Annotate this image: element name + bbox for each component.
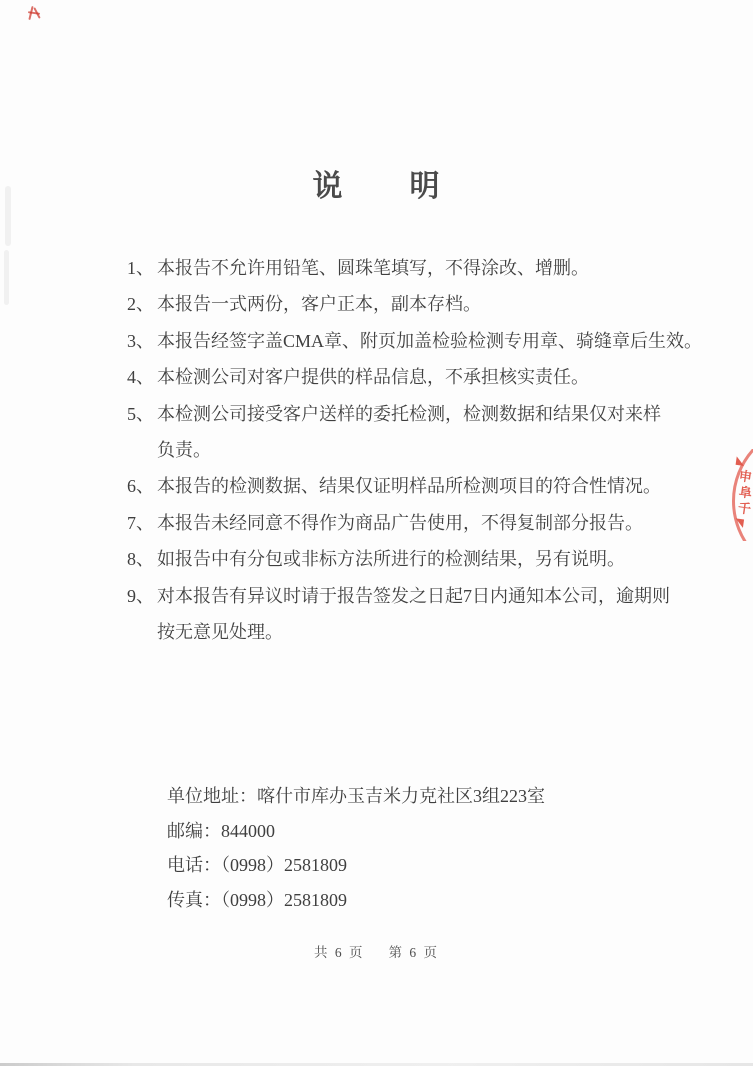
- page-title: 说 明: [0, 161, 753, 205]
- item-number: 6、: [127, 468, 157, 504]
- item-number: 1、: [127, 250, 157, 286]
- item-line: 3、本报告经签字盖CMA章、附页加盖检验检测专用章、骑缝章后生效。: [127, 323, 702, 359]
- item-line: 8、如报告中有分包或非标方法所进行的检测结果，另有说明。: [127, 541, 702, 577]
- page-title-char: 说: [313, 161, 344, 205]
- item-text: 本报告不允许用铅笔、圆珠笔填写，不得涂改、增删。: [157, 258, 589, 278]
- list-item: 7、本报告未经同意不得作为商品广告使用，不得复制部分报告。: [127, 505, 702, 541]
- item-number: 7、: [127, 505, 157, 541]
- list-item: 9、对本报告有异议时请于报告签发之日起7日内通知本公司，逾期则 按无意见处理。: [127, 578, 702, 651]
- seam-seal-stamp: ◣ 申 阜 千 ◥: [724, 449, 753, 541]
- item-text: 本报告经签字盖CMA章、附页加盖检验检测专用章、骑缝章后生效。: [157, 331, 702, 351]
- page-footer: 共 6 页 第 6 页: [0, 941, 753, 961]
- item-line: 1、本报告不允许用铅笔、圆珠笔填写，不得涂改、增删。: [127, 250, 702, 286]
- item-text: 如报告中有分包或非标方法所进行的检测结果，另有说明。: [157, 549, 625, 569]
- item-number: 4、: [127, 359, 157, 395]
- item-text: 对本报告有异议时请于报告签发之日起7日内通知本公司，逾期则: [157, 586, 670, 606]
- item-line: 7、本报告未经同意不得作为商品广告使用，不得复制部分报告。: [127, 505, 702, 541]
- item-line: 5、本检测公司接受客户送样的委托检测，检测数据和结果仅对来样: [127, 396, 702, 432]
- seal-glyph: 千: [737, 501, 752, 516]
- list-item: 4、本检测公司对客户提供的样品信息，不承担核实责任。: [127, 359, 702, 395]
- list-item: 3、本报告经签字盖CMA章、附页加盖检验检测专用章、骑缝章后生效。: [127, 323, 702, 359]
- item-line: 6、本报告的检测数据、结果仅证明样品所检测项目的符合性情况。: [127, 468, 702, 504]
- red-corner-mark: [27, 5, 45, 23]
- item-number: 9、: [127, 578, 157, 614]
- notes-list: 1、本报告不允许用铅笔、圆珠笔填写，不得涂改、增删。 2、本报告一式两份，客户正…: [127, 250, 702, 650]
- seal-glyph: 申: [738, 469, 753, 484]
- item-number: 5、: [127, 396, 157, 432]
- item-number: 8、: [127, 541, 157, 577]
- page-title-char: 明: [410, 161, 441, 205]
- item-text: 本检测公司接受客户送样的委托检测，检测数据和结果仅对来样: [157, 404, 661, 424]
- contact-fax: 传真：（0998）2581809: [167, 883, 545, 918]
- footer-current-page: 第 6 页: [389, 941, 440, 961]
- list-item: 8、如报告中有分包或非标方法所进行的检测结果，另有说明。: [127, 541, 702, 577]
- seal-glyph: 阜: [738, 485, 753, 500]
- item-line: 2、本报告一式两份，客户正本，副本存档。: [127, 286, 702, 322]
- footer-total-pages: 共 6 页: [314, 941, 365, 961]
- item-number: 2、: [127, 286, 157, 322]
- seal-ring-arc: [732, 449, 753, 541]
- item-text: 本检测公司对客户提供的样品信息，不承担核实责任。: [157, 367, 589, 387]
- list-item: 2、本报告一式两份，客户正本，副本存档。: [127, 286, 702, 322]
- item-text: 本报告一式两份，客户正本，副本存档。: [157, 294, 481, 314]
- item-line: 4、本检测公司对客户提供的样品信息，不承担核实责任。: [127, 359, 702, 395]
- seal-glyph: ◥: [734, 516, 744, 530]
- seal-glyph: ◣: [735, 454, 745, 468]
- contact-block: 单位地址：喀什市库办玉吉米力克社区3组223室 邮编：844000 电话：（09…: [167, 779, 545, 917]
- list-item: 6、本报告的检测数据、结果仅证明样品所检测项目的符合性情况。: [127, 468, 702, 504]
- contact-address: 单位地址：喀什市库办玉吉米力克社区3组223室: [167, 779, 545, 814]
- document-page: 说 明 1、本报告不允许用铅笔、圆珠笔填写，不得涂改、增删。 2、本报告一式两份…: [0, 0, 753, 1066]
- scan-smudge: [4, 250, 9, 305]
- item-line-continuation: 按无意见处理。: [127, 614, 702, 650]
- item-line-continuation: 负责。: [127, 432, 702, 468]
- item-number: 3、: [127, 323, 157, 359]
- contact-phone: 电话：（0998）2581809: [167, 848, 545, 883]
- item-text: 本报告未经同意不得作为商品广告使用，不得复制部分报告。: [157, 513, 643, 533]
- list-item: 5、本检测公司接受客户送样的委托检测，检测数据和结果仅对来样 负责。: [127, 396, 702, 469]
- item-line: 9、对本报告有异议时请于报告签发之日起7日内通知本公司，逾期则: [127, 578, 702, 614]
- contact-postcode: 邮编：844000: [167, 814, 545, 849]
- item-text: 本报告的检测数据、结果仅证明样品所检测项目的符合性情况。: [157, 476, 661, 496]
- list-item: 1、本报告不允许用铅笔、圆珠笔填写，不得涂改、增删。: [127, 250, 702, 286]
